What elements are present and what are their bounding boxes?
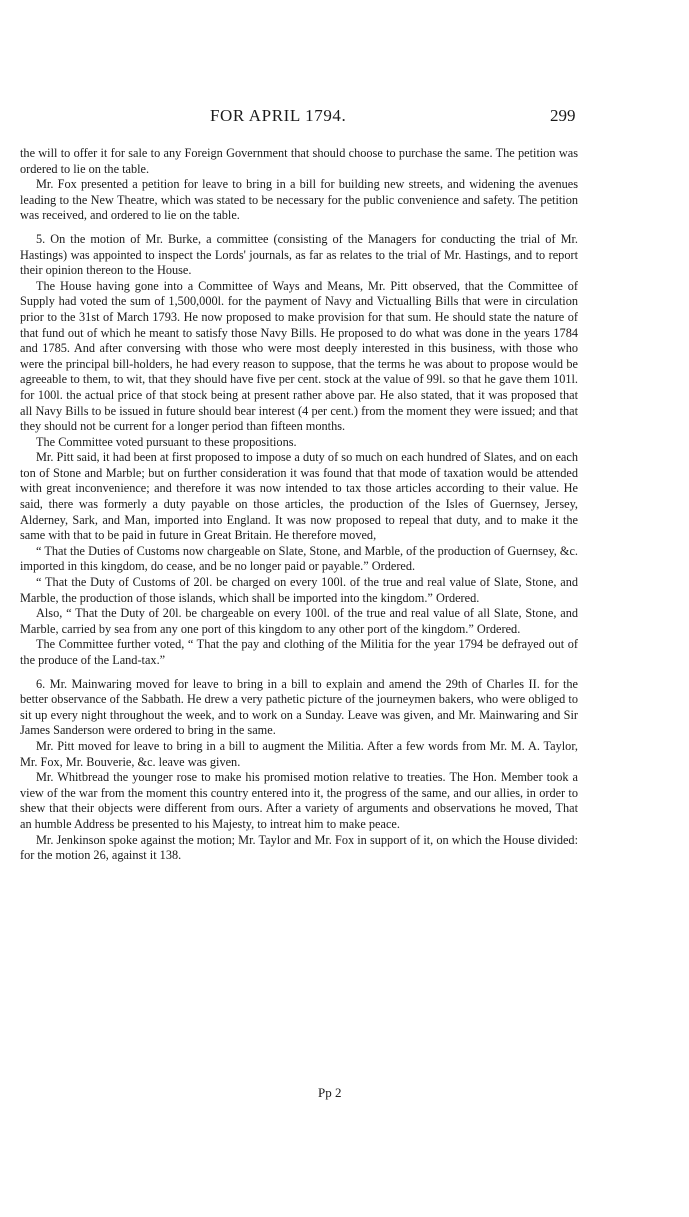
resolution-quote: “ That the Duty of Customs of 20l. be ch… (20, 575, 578, 606)
resolution-quote: Also, “ That the Duty of 20l. be chargea… (20, 606, 578, 637)
paragraph-section-6: 6. Mr. Mainwaring moved for leave to bri… (20, 677, 578, 739)
resolution-quote: “ That the Duties of Customs now chargea… (20, 544, 578, 575)
paragraph: Mr. Fox presented a petition for leave t… (20, 177, 578, 224)
paragraph: The House having gone into a Committee o… (20, 279, 578, 435)
paragraph-section-5: 5. On the motion of Mr. Burke, a committ… (20, 232, 578, 279)
body-text: the will to offer it for sale to any For… (20, 146, 578, 864)
paragraph: Mr. Pitt said, it had been at first prop… (20, 450, 578, 544)
page-number: 299 (550, 106, 576, 126)
paragraph: Mr. Jenkinson spoke against the motion; … (20, 833, 578, 864)
paragraph: The Committee voted pursuant to these pr… (20, 435, 578, 451)
paragraph: Mr. Whitbread the younger rose to make h… (20, 770, 578, 832)
signature-mark: Pp 2 (318, 1085, 341, 1101)
running-title: FOR APRIL 1794. (210, 106, 346, 126)
paragraph: Mr. Pitt moved for leave to bring in a b… (20, 739, 578, 770)
paragraph: the will to offer it for sale to any For… (20, 146, 578, 177)
page-header: FOR APRIL 1794. 299 (0, 106, 689, 132)
paragraph: The Committee further voted, “ That the … (20, 637, 578, 668)
